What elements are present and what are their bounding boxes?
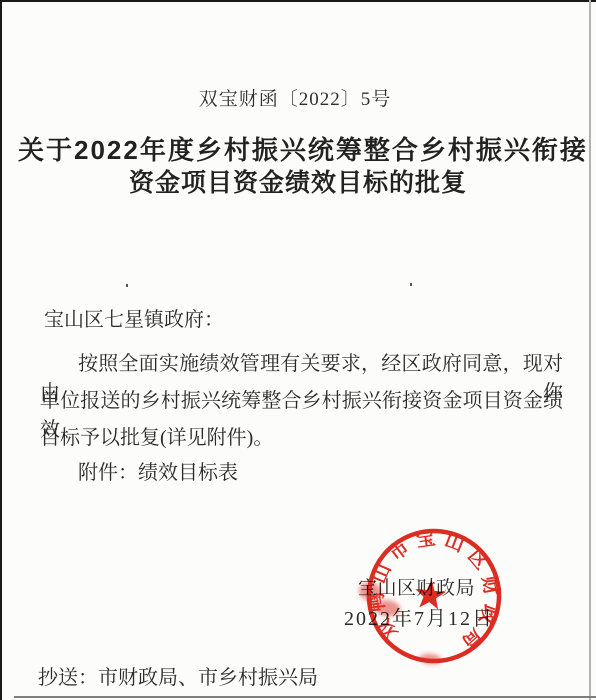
body-line-3: 目标予以批复(详见附件)。 [40, 421, 563, 450]
document-number: 双宝财函〔2022〕5号 [0, 84, 590, 111]
red-star-icon [414, 578, 447, 610]
scan-noise-speck [126, 284, 128, 287]
document-title: 关于2022年度乡村振兴统筹整合乡村振兴衔接 资金项目资金绩效目标的批复 [18, 133, 578, 200]
document-title-line2: 资金项目资金绩效目标的批复 [18, 167, 578, 200]
addressee: 宝山区七星镇政府： [44, 303, 224, 332]
document-title-line1: 关于2022年度乡村振兴统筹整合乡村振兴衔接 [18, 133, 578, 167]
official-red-seal: 双鸭山市宝山区财政局 [349, 510, 519, 680]
attachment-note: 附件：绩效目标表 [78, 456, 238, 485]
scan-border-top [0, 0, 596, 2]
scan-noise-speck [410, 283, 412, 286]
cc-recipients: 抄送：市财政局、市乡村振兴局 [38, 661, 318, 690]
scanned-official-document: 双宝财函〔2022〕5号 关于2022年度乡村振兴统筹整合乡村振兴衔接 资金项目… [0, 0, 596, 700]
footer-divider [14, 696, 596, 698]
